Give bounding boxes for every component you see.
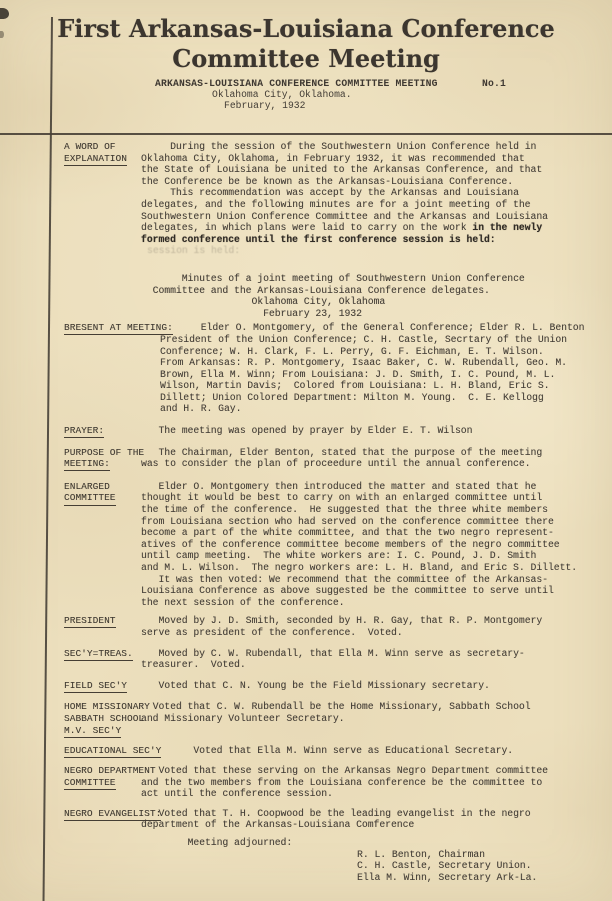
- section-label-line: A WORD OF: [64, 141, 116, 152]
- section-label: PRESIDENT: [64, 615, 116, 628]
- section-label-line: COMMITTEE: [64, 492, 116, 505]
- section-body: Voted that C. W. Rubendall be the Home M…: [141, 701, 596, 724]
- section-label-line: M.V. SEC'Y: [64, 725, 121, 738]
- body-text: During the session of the Southwestern U…: [141, 141, 548, 233]
- section-label-line: NEGRO EVANGELIST:: [64, 808, 161, 821]
- section-label-line: NEGRO DEPARTMENT: [64, 765, 156, 776]
- section-label-line: SEC'Y=TREAS.: [64, 648, 133, 661]
- section-purpose: PURPOSE OF THEMEETING: The Chairman, Eld…: [0, 447, 612, 470]
- section-evangelist: NEGRO EVANGELIST: Voted that T. H. Coopw…: [0, 808, 612, 831]
- section-body: R. L. Benton, Chairman C. H. Castle, Sec…: [357, 849, 596, 884]
- section-label-line: PURPOSE OF THE: [64, 447, 144, 458]
- section-home-mv: HOME MISSIONARYSABBATH SCHOOLM.V. SEC'Y …: [0, 701, 612, 736]
- section-label: NEGRO DEPARTMENTCOMMITTEE: [64, 765, 156, 790]
- document-title-line1: First Arkansas-Louisiana Conference: [0, 14, 612, 44]
- section-label: HOME MISSIONARYSABBATH SCHOOLM.V. SEC'Y: [64, 701, 150, 737]
- section-label-line: ENLARGED: [64, 481, 110, 492]
- section-body: Moved by C. W. Rubendall, that Ella M. W…: [141, 648, 596, 671]
- section-label-line: MEETING:: [64, 458, 110, 471]
- section-body: Minutes of a joint meeting of Southweste…: [141, 273, 596, 319]
- section-body: Meeting adjourned:: [141, 837, 596, 849]
- section-body: The Chairman, Elder Benton, stated that …: [141, 447, 596, 470]
- section-body: Elder O. Montgomery then introduced the …: [141, 481, 596, 609]
- horizontal-header-rule: [0, 133, 612, 135]
- section-body: Voted that C. N. Young be the Field Miss…: [141, 680, 596, 692]
- document-title-line2: Committee Meeting: [0, 44, 612, 74]
- section-label-line: EDUCATIONAL SEC'Y: [64, 745, 161, 758]
- section-label: EDUCATIONAL SEC'Y: [64, 745, 161, 758]
- section-body: Voted that these serving on the Arkansas…: [141, 765, 596, 800]
- ghost-overtype-text: session is held:: [147, 245, 596, 257]
- document-number: No.1: [482, 78, 506, 89]
- section-body: Elder O. Montgomery, of the General Conf…: [160, 322, 596, 415]
- section-prayer: PRAYER: The meeting was opened by prayer…: [0, 425, 612, 437]
- section-enlarged: ENLARGEDCOMMITTEE Elder O. Montgomery th…: [0, 481, 612, 609]
- section-label-line: PRESIDENT: [64, 615, 116, 628]
- section-president: PRESIDENT Moved by J. D. Smith, seconded…: [0, 615, 612, 638]
- section-body: Voted that Ella M. Winn serve as Educati…: [141, 745, 596, 757]
- document-subtitle: ARKANSAS-LOUISIANA CONFERENCE COMMITTEE …: [155, 78, 438, 89]
- section-explanation: A WORD OFEXPLANATION During the session …: [0, 141, 612, 257]
- document-title: First Arkansas-Louisiana Conference Comm…: [0, 14, 612, 74]
- section-secy-treas: SEC'Y=TREAS. Moved by C. W. Rubendall, t…: [0, 648, 612, 671]
- section-body: During the session of the Southwestern U…: [141, 141, 596, 257]
- document-place: Oklahoma City, Oklahoma.: [212, 89, 352, 100]
- section-label: FIELD SEC'Y: [64, 680, 127, 693]
- section-label: PURPOSE OF THEMEETING:: [64, 447, 144, 472]
- section-educational: EDUCATIONAL SEC'Y Voted that Ella M. Win…: [0, 745, 612, 757]
- document-date: February, 1932: [224, 100, 305, 111]
- section-label: SEC'Y=TREAS.: [64, 648, 133, 661]
- minutes-sections: A WORD OFEXPLANATION During the session …: [0, 139, 612, 883]
- section-minutes: Minutes of a joint meeting of Southweste…: [0, 273, 612, 319]
- section-label-line: FIELD SEC'Y: [64, 680, 127, 693]
- section-body: The meeting was opened by prayer by Elde…: [141, 425, 596, 437]
- section-field-secy: FIELD SEC'Y Voted that C. N. Young be th…: [0, 680, 612, 692]
- section-signatures: R. L. Benton, Chairman C. H. Castle, Sec…: [0, 849, 612, 884]
- section-label: PRAYER:: [64, 425, 104, 438]
- section-body: Moved by J. D. Smith, seconded by H. R. …: [141, 615, 596, 638]
- section-label: NEGRO EVANGELIST:: [64, 808, 161, 821]
- section-body: Voted that T. H. Coopwood be the leading…: [141, 808, 596, 831]
- section-label: ENLARGEDCOMMITTEE: [64, 481, 116, 506]
- section-adjourned: Meeting adjourned:: [0, 837, 612, 849]
- section-negro-dept: NEGRO DEPARTMENTCOMMITTEE Voted that the…: [0, 765, 612, 800]
- section-label-line: PRAYER:: [64, 425, 104, 438]
- section-label-line: SABBATH SCHOOL: [64, 713, 144, 724]
- section-label: A WORD OFEXPLANATION: [64, 141, 127, 166]
- section-label-line: EXPLANATION: [64, 153, 127, 166]
- section-present: BRESENT AT MEETING: Elder O. Montgomery,…: [0, 322, 612, 415]
- section-label: BRESENT AT MEETING:: [64, 322, 173, 335]
- section-label-line: HOME MISSIONARY: [64, 701, 150, 712]
- section-label-line: BRESENT AT MEETING:: [64, 322, 173, 335]
- section-label-line: COMMITTEE: [64, 777, 116, 790]
